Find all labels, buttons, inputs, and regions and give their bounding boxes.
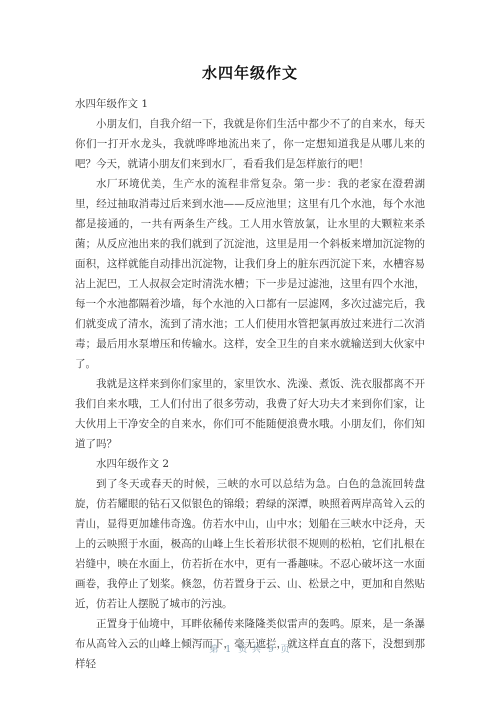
document-page: 水四年级作文 水四年级作文 1 小朋友们，自我介绍一下，我就是你们生活中都少不了… — [0, 0, 500, 707]
page-footer-middle-label: 页 共 — [238, 645, 262, 655]
current-page-number: 1 — [225, 645, 232, 655]
essay-1-heading: 水四年级作文 1 — [75, 94, 425, 114]
essay-2-heading: 水四年级作文 2 — [75, 454, 425, 474]
essay-1-paragraph-2: 水厂环境优美，生产水的流程非常复杂。第一步：我的老家在澄碧湖里，经过抽取消毒过后… — [75, 174, 425, 374]
page-footer: 第1页 共9页 — [0, 643, 500, 657]
essay-2-paragraph-1: 到了冬天或春天的时候，三峡的水可以总结为急。白色的急流回转盘旋，仿若耀眼的钻石又… — [75, 474, 425, 614]
document-title: 水四年级作文 — [75, 62, 425, 84]
page-footer-prefix-label: 第 — [209, 645, 219, 655]
essay-1-paragraph-3: 我就是这样来到你们家里的，家里饮水、洗澡、煮饭、洗衣服都离不开我们自来水哦，工人… — [75, 374, 425, 454]
page-footer-suffix-label: 页 — [281, 645, 291, 655]
total-page-count: 9 — [268, 645, 275, 655]
essay-1-paragraph-1: 小朋友们，自我介绍一下，我就是你们生活中都少不了的自来水，每天你们一打开水龙头，… — [75, 114, 425, 174]
